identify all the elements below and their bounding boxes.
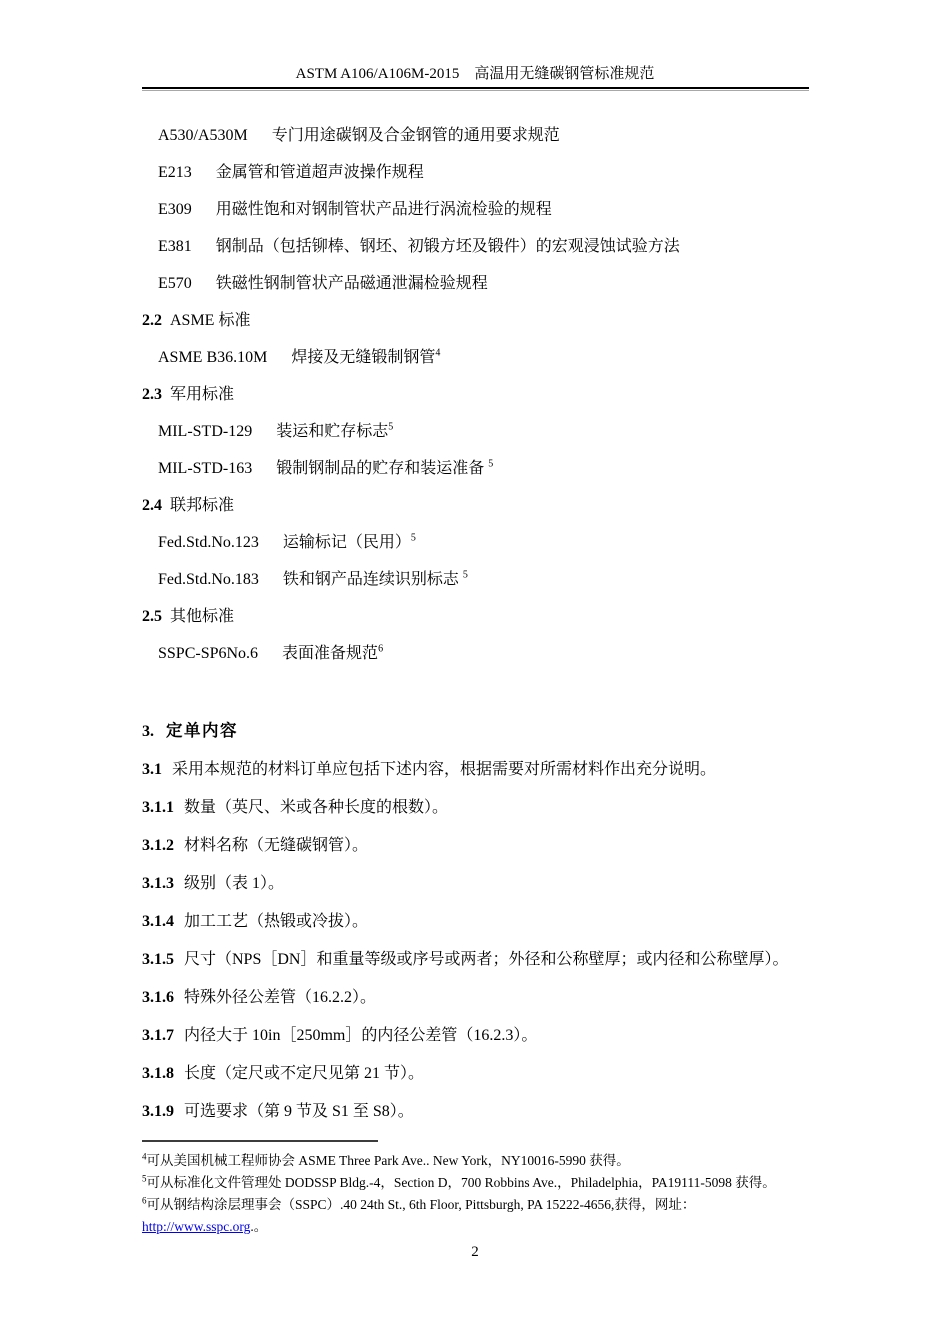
item-text: 级别（表 1）。: [184, 875, 284, 892]
reference-item: Fed.Std.No.123运输标记（民用）5: [142, 524, 932, 561]
reference-title: 运输标记（民用）: [283, 534, 411, 551]
footnote: 5可从标准化文件管理处 DODSSP Bldg.-4，Section D，700…: [142, 1172, 937, 1194]
reference-item: E309用磁性饱和对钢制管状产品进行涡流检验的规程: [142, 191, 932, 228]
header-rule-shadow: [142, 90, 809, 91]
item-number: 3.1.4: [142, 913, 174, 930]
item-number: 3.1.7: [142, 1027, 174, 1044]
footnote-marker: 5: [388, 422, 393, 433]
subsection-number: 2.5: [142, 608, 162, 625]
footnote-text: 可从美国机械工程师协会 ASME Three Park Ave.. New Yo…: [147, 1153, 630, 1168]
subsection-heading: 2.4联邦标准: [142, 487, 932, 524]
footnote: 4可从美国机械工程师协会 ASME Three Park Ave.. New Y…: [142, 1150, 937, 1172]
item-text: 材料名称（无缝碳钢管）。: [184, 837, 368, 854]
item-number: 3.1.3: [142, 875, 174, 892]
reference-code: A530/A530M: [158, 127, 248, 144]
reference-item: SSPC-SP6No.6表面准备规范6: [142, 635, 932, 672]
ordering-item: 3.1.5尺寸（NPS［DN］和重量等级或序号或两者；外径和公称壁厚；或内径和公…: [142, 941, 937, 979]
item-text: 尺寸（NPS［DN］和重量等级或序号或两者；外径和公称壁厚；或内径和公称壁厚）。: [184, 951, 788, 968]
subsection-number: 2.3: [142, 386, 162, 403]
reference-title: 钢制品（包括铆棒、钢坯、初锻方坯及锻件）的宏观浸蚀试验方法: [216, 238, 680, 255]
reference-item: E213金属管和管道超声波操作规程: [142, 154, 932, 191]
item-number: 3.1.2: [142, 837, 174, 854]
item-text: 可选要求（第 9 节及 S1 至 S8）。: [184, 1103, 414, 1120]
reference-code: MIL-STD-129: [158, 423, 252, 440]
reference-title: 金属管和管道超声波操作规程: [216, 164, 424, 181]
reference-code: MIL-STD-163: [158, 460, 252, 477]
item-number: 3.1: [142, 761, 162, 778]
reference-title: 锻制钢制品的贮存和装运准备: [276, 460, 488, 477]
reference-code: E309: [158, 201, 192, 218]
reference-item: Fed.Std.No.183铁和钢产品连续识别标志 5: [142, 561, 932, 598]
footnote-marker: 4: [435, 348, 440, 359]
reference-code: E570: [158, 275, 192, 292]
item-number: 3.1.8: [142, 1065, 174, 1082]
footnote-text: 可从钢结构涂层理事会（SSPC）.40 24th St., 6th Floor,…: [147, 1197, 696, 1212]
item-text: 长度（定尺或不定尺见第 21 节）。: [184, 1065, 424, 1082]
subsection-number: 2.4: [142, 497, 162, 514]
footnote-divider: [142, 1140, 378, 1142]
ordering-item: 3.1.6特殊外径公差管（16.2.2）。: [142, 979, 937, 1017]
ordering-item: 3.1.3级别（表 1）。: [142, 865, 937, 903]
reference-code: SSPC-SP6No.6: [158, 645, 258, 662]
ordering-item: 3.1.1数量（英尺、米或各种长度的根数）。: [142, 789, 937, 827]
ordering-item: 3.1.7内径大于 10in［250mm］的内径公差管（16.2.3）。: [142, 1017, 937, 1055]
page-header-title: ASTM A106/A106M-2015 高温用无缝碳钢管标准规范: [0, 64, 950, 84]
footnote-link-line: http://www.sspc.org.。: [142, 1216, 937, 1238]
page-number: 2: [0, 1244, 950, 1261]
footnote-marker: 5: [411, 533, 416, 544]
subsection-number: 2.2: [142, 312, 162, 329]
item-text: 内径大于 10in［250mm］的内径公差管（16.2.3）。: [184, 1027, 537, 1044]
reference-item: ASME B36.10M焊接及无缝锻制钢管4: [142, 339, 932, 376]
ordering-item: 3.1.8长度（定尺或不定尺见第 21 节）。: [142, 1055, 937, 1093]
subsection-title: 其他标准: [170, 608, 234, 625]
subsection-title: ASME 标准: [170, 312, 250, 329]
reference-item: MIL-STD-163锻制钢制品的贮存和装运准备 5: [142, 450, 932, 487]
item-text: 采用本规范的材料订单应包括下述内容，根据需要对所需材料作出充分说明。: [172, 761, 716, 778]
reference-item: E381钢制品（包括铆棒、钢坯、初锻方坯及锻件）的宏观浸蚀试验方法: [142, 228, 932, 265]
footnotes: 4可从美国机械工程师协会 ASME Three Park Ave.. New Y…: [142, 1150, 937, 1238]
document-page: ASTM A106/A106M-2015 高温用无缝碳钢管标准规范 A530/A…: [0, 0, 950, 1344]
link-suffix-punctuation: .。: [250, 1219, 267, 1234]
reference-code: Fed.Std.No.123: [158, 534, 259, 551]
reference-title: 装运和贮存标志: [276, 423, 388, 440]
reference-code: E381: [158, 238, 192, 255]
item-text: 特殊外径公差管（16.2.2）。: [184, 989, 376, 1006]
reference-title: 用磁性饱和对钢制管状产品进行涡流检验的规程: [216, 201, 552, 218]
item-text: 数量（英尺、米或各种长度的根数）。: [184, 799, 448, 816]
footnote: 6可从钢结构涂层理事会（SSPC）.40 24th St., 6th Floor…: [142, 1194, 937, 1216]
referenced-standards-list: A530/A530M专门用途碳钢及合金钢管的通用要求规范 E213金属管和管道超…: [142, 117, 932, 672]
sspc-website-link[interactable]: http://www.sspc.org: [142, 1219, 250, 1234]
reference-code: Fed.Std.No.183: [158, 571, 259, 588]
ordering-item: 3.1采用本规范的材料订单应包括下述内容，根据需要对所需材料作出充分说明。: [142, 751, 937, 789]
subsection-heading: 2.5其他标准: [142, 598, 932, 635]
footnote-marker: 5: [488, 459, 493, 470]
section-heading: 3.定单内容: [142, 712, 937, 751]
section-title: 定单内容: [166, 722, 238, 740]
reference-code: E213: [158, 164, 192, 181]
reference-title: 表面准备规范: [282, 645, 378, 662]
subsection-title: 军用标准: [170, 386, 234, 403]
subsection-title: 联邦标准: [170, 497, 234, 514]
ordering-item: 3.1.4加工工艺（热锻或冷拔）。: [142, 903, 937, 941]
reference-title: 铁和钢产品连续识别标志: [283, 571, 463, 588]
footnote-text: 可从标准化文件管理处 DODSSP Bldg.-4，Section D，700 …: [147, 1175, 776, 1190]
footnote-marker: 5: [463, 570, 468, 581]
reference-item: A530/A530M专门用途碳钢及合金钢管的通用要求规范: [142, 117, 932, 154]
subsection-heading: 2.3军用标准: [142, 376, 932, 413]
reference-title: 铁磁性钢制管状产品磁通泄漏检验规程: [216, 275, 488, 292]
ordering-item: 3.1.9可选要求（第 9 节及 S1 至 S8）。: [142, 1093, 937, 1131]
reference-title: 专门用途碳钢及合金钢管的通用要求规范: [272, 127, 560, 144]
item-number: 3.1.6: [142, 989, 174, 1006]
subsection-heading: 2.2ASME 标准: [142, 302, 932, 339]
footnote-marker: 6: [378, 644, 383, 655]
reference-code: ASME B36.10M: [158, 349, 267, 366]
header-rule: [142, 87, 809, 89]
ordering-information-section: 3.定单内容 3.1采用本规范的材料订单应包括下述内容，根据需要对所需材料作出充…: [142, 712, 937, 1131]
reference-title: 焊接及无缝锻制钢管: [291, 349, 435, 366]
ordering-item: 3.1.2材料名称（无缝碳钢管）。: [142, 827, 937, 865]
reference-item: MIL-STD-129装运和贮存标志5: [142, 413, 932, 450]
item-text: 加工工艺（热锻或冷拔）。: [184, 913, 368, 930]
reference-item: E570铁磁性钢制管状产品磁通泄漏检验规程: [142, 265, 932, 302]
section-number: 3.: [142, 723, 154, 740]
item-number: 3.1.5: [142, 951, 174, 968]
item-number: 3.1.1: [142, 799, 174, 816]
item-number: 3.1.9: [142, 1103, 174, 1120]
